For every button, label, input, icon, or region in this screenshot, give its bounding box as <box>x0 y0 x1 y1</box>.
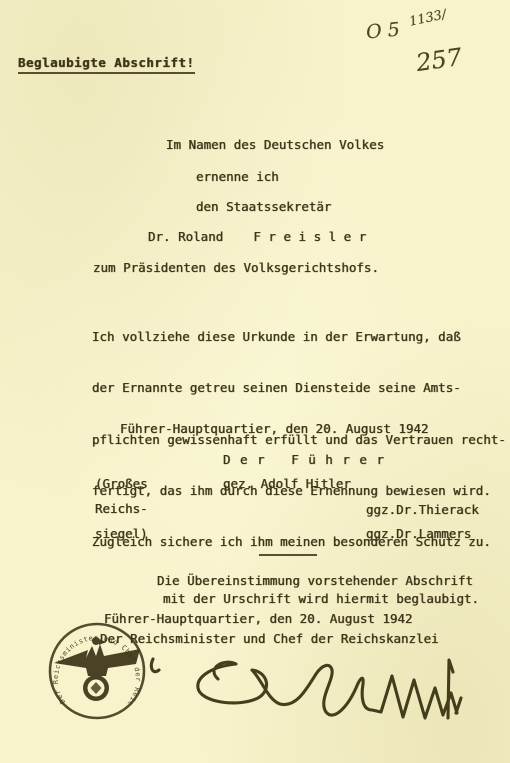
signature-graphic <box>140 645 476 757</box>
line-ernenne-ich: ernenne ich <box>196 170 279 184</box>
seal-note-line2: Reichs- <box>95 502 148 516</box>
dateline-first: Führer-Hauptquartier, den 20. August 194… <box>120 422 429 436</box>
handwritten-file-note: O 5 <box>365 19 401 44</box>
gez-adolf-hitler-line: gez. Adolf Hitler <box>223 477 351 491</box>
countersign-thierack: ggz.Dr.Thierack <box>366 503 479 517</box>
lammers-signature <box>140 645 476 757</box>
handwritten-file-note-superscript: 1133/ <box>408 7 448 29</box>
certified-copy-heading: Beglaubigte Abschrift! <box>18 56 195 74</box>
separator-rule <box>259 554 317 556</box>
document-scan: Beglaubigte Abschrift! O 5 1133/ 257 Im … <box>0 0 510 763</box>
line-appointee-name: Dr. Roland F r e i s l e r <box>148 230 366 244</box>
line-appointment: zum Präsidenten des Volksgerichtshofs. <box>93 261 379 275</box>
seal-note-line3: siegel) <box>95 527 148 541</box>
oath-line: der Ernannte getreu seinen Diensteide se… <box>92 376 504 399</box>
seal-note-line1: (Großes <box>95 477 148 491</box>
certification-line2: mit der Urschrift wird hiermit beglaubig… <box>163 592 479 606</box>
oath-line: Ich vollziehe diese Urkunde in der Erwar… <box>92 325 504 348</box>
handwritten-page-number: 257 <box>414 43 463 77</box>
line-staatssekretaer: den Staatssekretär <box>196 200 331 214</box>
countersign-lammers: ggz.Dr.Lammers <box>366 527 471 541</box>
certification-line1: Die Übereinstimmung vorstehender Abschri… <box>157 574 473 588</box>
fuehrer-title-line: D e r F ü h r e r <box>223 453 385 467</box>
title-line: Im Namen des Deutschen Volkes <box>166 138 384 152</box>
